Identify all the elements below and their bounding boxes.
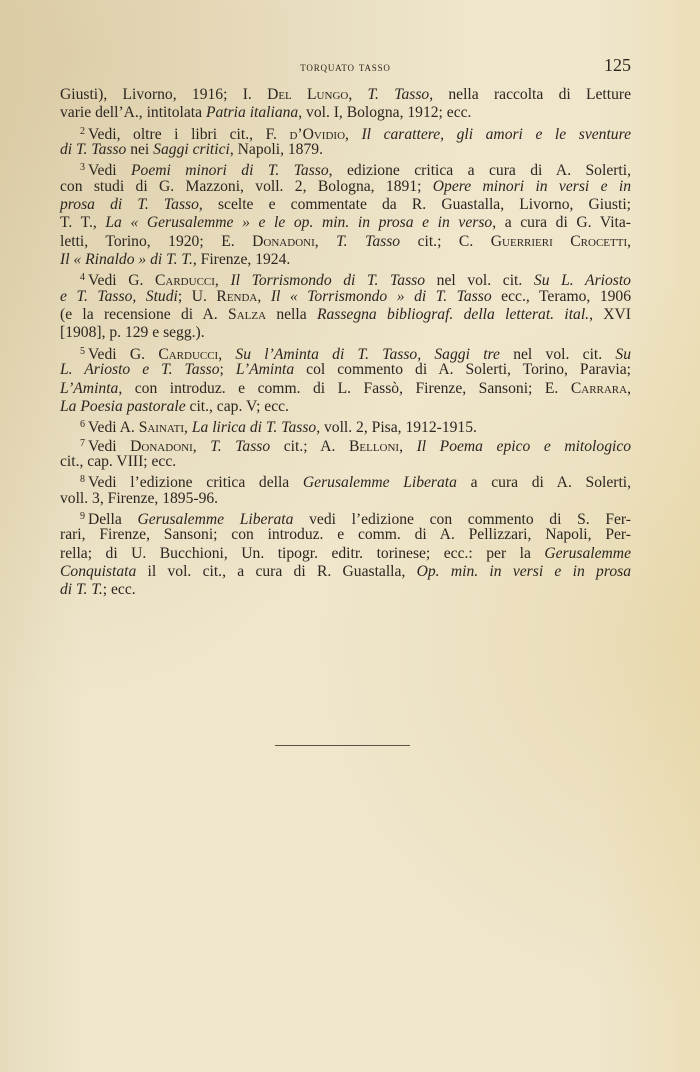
text-line: T. T., La « Gerusalemme » e le op. min. …	[60, 214, 631, 232]
footnote-9: 9Della Gerusalemme Liberata vedi l’edizi…	[60, 508, 631, 600]
text-line: di T. Tasso nei Saggi critici, Napoli, 1…	[60, 141, 631, 159]
text-line: con studi di G. Mazzoni, voll. 2, Bologn…	[60, 178, 631, 196]
text-line: e T. Tasso, Studi; U. Renda, Il « Torris…	[60, 288, 631, 306]
footnote-2: 2Vedi, oltre i libri cit., F. d’Ovidio, …	[60, 123, 631, 160]
text-line: (e la recensione di A. Salza nella Rasse…	[60, 306, 631, 324]
footnote-6: 6Vedi A. Sainati, La lirica di T. Tasso,…	[60, 416, 631, 434]
text-line: 9Della Gerusalemme Liberata vedi l’edizi…	[60, 508, 631, 526]
text-line: varie dell’A., intitolata Patria italian…	[60, 104, 631, 122]
footnote-3: 3Vedi Poemi minori di T. Tasso, edizione…	[60, 159, 631, 269]
footnotes-block: Giusti), Livorno, 1916; I. Del Lungo, T.…	[60, 86, 631, 600]
text-line: 3Vedi Poemi minori di T. Tasso, edizione…	[60, 159, 631, 177]
footnote-number: 4	[80, 272, 85, 283]
footnote-number: 5	[80, 346, 85, 357]
text-line: rella; di U. Bucchioni, Un. tipogr. edit…	[60, 545, 631, 563]
text-line: prosa di T. Tasso, scelte e commentate d…	[60, 196, 631, 214]
text-line: cit., cap. VIII; ecc.	[60, 453, 631, 471]
text-line: 5Vedi G. Carducci, Su l’Aminta di T. Tas…	[60, 343, 631, 361]
text-line: Il « Rinaldo » di T. T., Firenze, 1924.	[60, 251, 631, 269]
footnote-continuation: Giusti), Livorno, 1916; I. Del Lungo, T.…	[60, 86, 631, 123]
text-line: letti, Torino, 1920; E. Donadoni, T. Tas…	[60, 233, 631, 251]
book-page: TORQUATO TASSO 125 Giusti), Livorno, 191…	[0, 0, 700, 1072]
text-line: Conquistata il vol. cit., a cura di R. G…	[60, 563, 631, 581]
footnote-4: 4Vedi G. Carducci, Il Torrismondo di T. …	[60, 269, 631, 342]
footnote-8: 8Vedi l’edizione critica della Gerusalem…	[60, 471, 631, 508]
text-line: 8Vedi l’edizione critica della Gerusalem…	[60, 471, 631, 489]
text-line: rari, Firenze, Sansoni; con introduz. e …	[60, 526, 631, 544]
footnote-number: 3	[80, 162, 85, 173]
text-line: L. Ariosto e T. Tasso; L’Aminta col comm…	[60, 361, 631, 379]
text-line: 2Vedi, oltre i libri cit., F. d’Ovidio, …	[60, 123, 631, 141]
text-line: di T. T.; ecc.	[60, 581, 631, 599]
footnote-7: 7Vedi Donadoni, T. Tasso cit.; A. Bellon…	[60, 435, 631, 472]
footnote-5: 5Vedi G. Carducci, Su l’Aminta di T. Tas…	[60, 343, 631, 416]
footnote-number: 9	[80, 511, 85, 522]
footnote-number: 7	[80, 438, 85, 449]
text-line: 7Vedi Donadoni, T. Tasso cit.; A. Bellon…	[60, 435, 631, 453]
text-line: La Poesia pastorale cit., cap. V; ecc.	[60, 398, 631, 416]
separator-rule	[275, 745, 410, 746]
running-title: TORQUATO TASSO	[60, 59, 631, 75]
text-line: L’Aminta, con introduz. e comm. di L. Fa…	[60, 380, 631, 398]
text-line: 4Vedi G. Carducci, Il Torrismondo di T. …	[60, 269, 631, 287]
text-line: 6Vedi A. Sainati, La lirica di T. Tasso,…	[60, 416, 631, 434]
text-line: Giusti), Livorno, 1916; I. Del Lungo, T.…	[60, 86, 631, 104]
text-line: voll. 3, Firenze, 1895-96.	[60, 490, 631, 508]
running-head: TORQUATO TASSO 125	[60, 55, 631, 77]
text-line: [1908], p. 129 e segg.).	[60, 324, 631, 342]
footnote-number: 2	[80, 126, 85, 137]
footnote-number: 8	[80, 474, 85, 485]
page-number: 125	[604, 55, 631, 76]
footnote-number: 6	[80, 419, 85, 430]
